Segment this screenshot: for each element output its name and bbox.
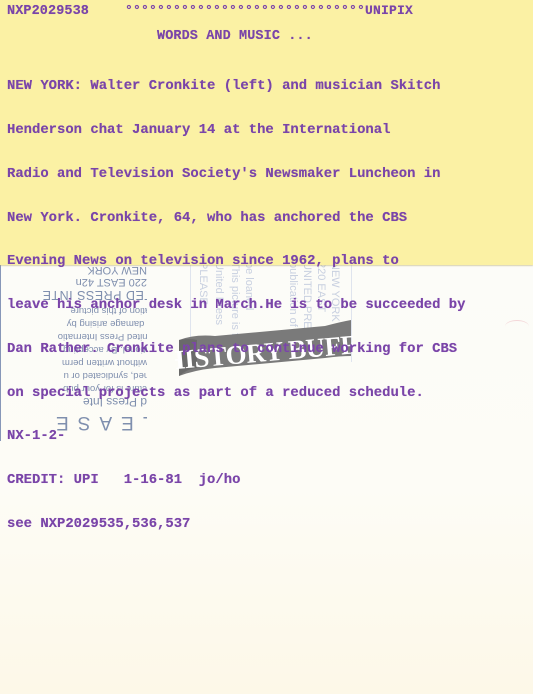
- leader-dots-text: °°°°°°°°°°°°°°°°°°°°°°°°°°°°°°: [125, 3, 365, 18]
- photo-slug-number: NXP2029538: [7, 4, 89, 19]
- caption-line: Evening News on television since 1962, p…: [7, 254, 465, 269]
- agency-name: UNIPIX: [365, 3, 413, 18]
- caption-line: leave his anchor desk in March.He is to …: [7, 298, 465, 313]
- caption-line: Henderson chat January 14 at the Interna…: [7, 123, 465, 138]
- caption-line: NX-1-2-: [7, 429, 465, 444]
- caption-line: Radio and Television Society's Newsmaker…: [7, 167, 465, 182]
- caption-line: New York. Cronkite, 64, who has anchored…: [7, 211, 465, 226]
- leader-dots: °°°°°°°°°°°°°°°°°°°°°°°°°°°°°°UNIPIX: [125, 3, 413, 18]
- caption-line: NEW YORK: Walter Cronkite (left) and mus…: [7, 79, 465, 94]
- red-ink-mark: [505, 320, 529, 333]
- caption-body: NEW YORK: Walter Cronkite (left) and mus…: [7, 50, 465, 561]
- caption-headline: WORDS AND MUSIC ...: [157, 29, 313, 44]
- caption-line: on special projects as part of a reduced…: [7, 386, 465, 401]
- credit-line: CREDIT: UPI 1-16-81 jo/ho: [7, 473, 465, 488]
- caption-line: Dan Rather. Cronkite plans to continue w…: [7, 342, 465, 357]
- see-also-line: see NXP2029535,536,537: [7, 517, 465, 532]
- caption-slip: NXP2029538 °°°°°°°°°°°°°°°°°°°°°°°°°°°°°…: [0, 0, 533, 265]
